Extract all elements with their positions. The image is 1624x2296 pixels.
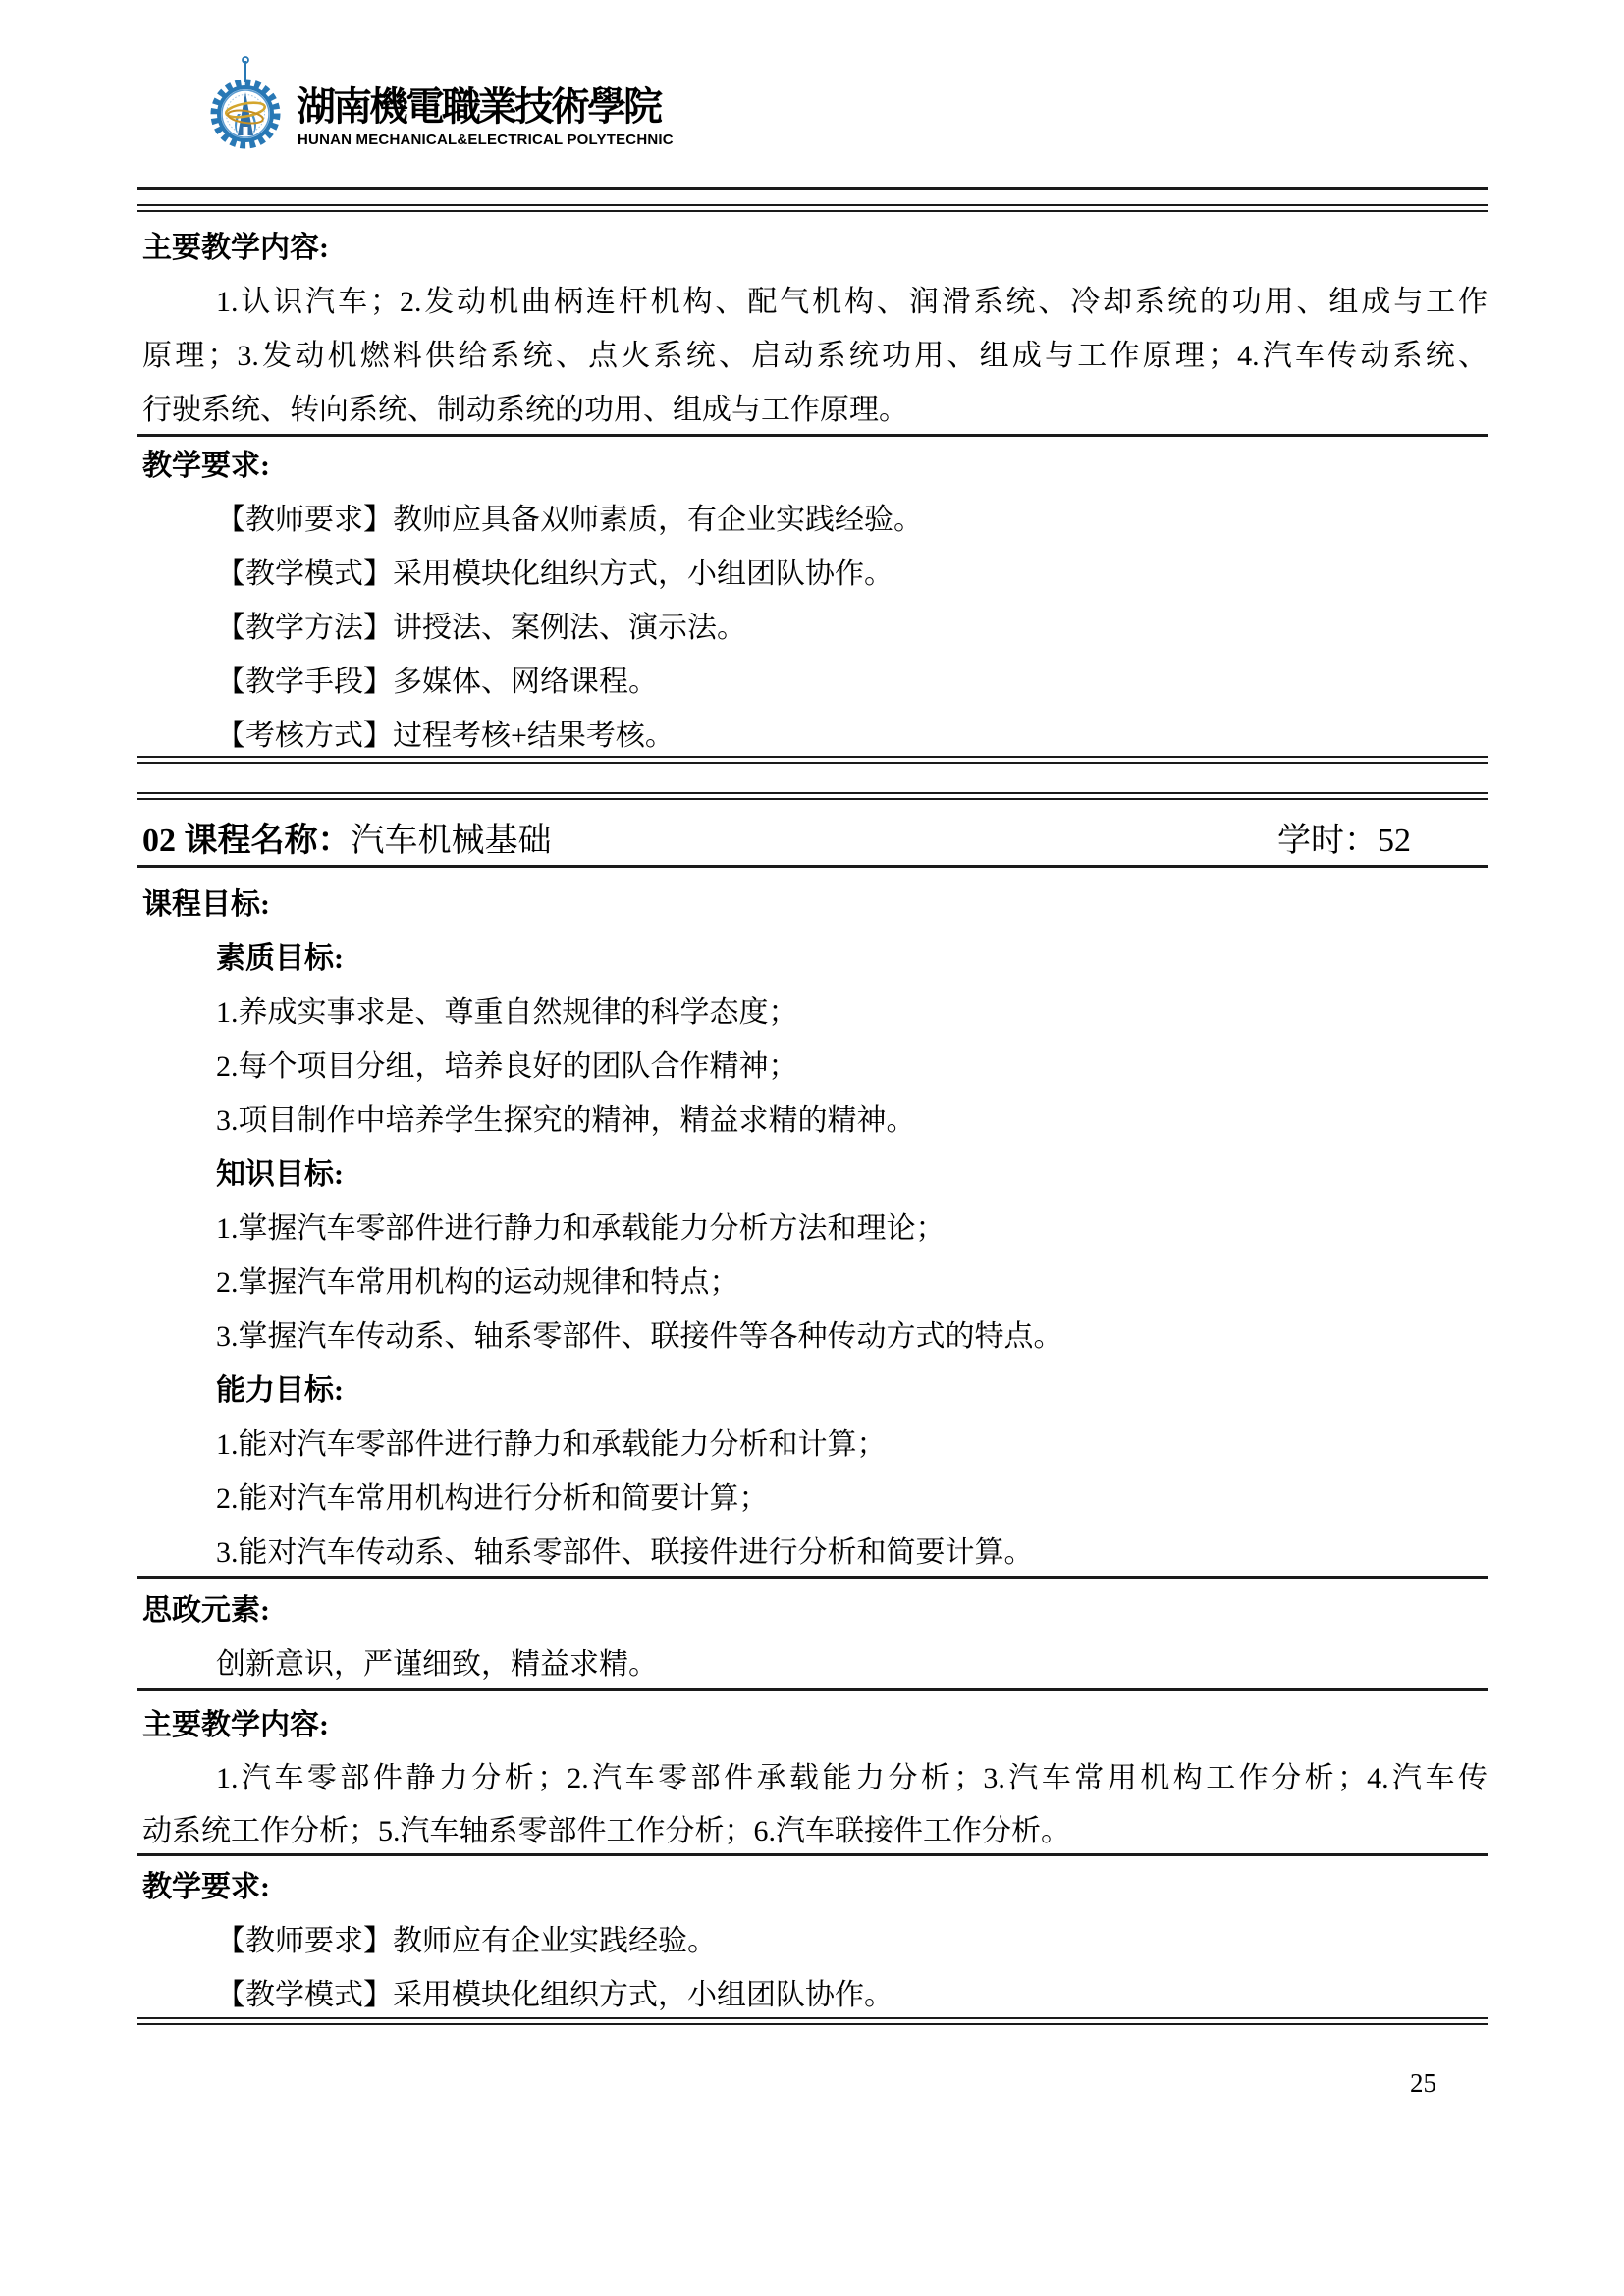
teaching-content-line: 行驶系统、转向系统、制动系统的功用、组成与工作原理。 <box>142 383 908 437</box>
school-name-english: HUNAN MECHANICAL&ELECTRICAL POLYTECHNIC <box>298 132 674 149</box>
hours-label: 学时： <box>1277 823 1378 859</box>
heading-quality-goals: 素质目标: <box>216 932 344 986</box>
course-title: 02 课程名称：汽车机械基础 <box>142 814 552 868</box>
school-name-chinese: 湖南機電職業技術學院 <box>297 84 660 130</box>
document-page: 湖南機電職業技術學院 HUNAN MECHANICAL&ELECTRICAL P… <box>0 0 1624 2296</box>
heading-ability-goals: 能力目标: <box>216 1363 344 1417</box>
course-name: 汽车机械基础 <box>352 823 552 859</box>
heading-knowledge-goals: 知识目标: <box>216 1148 344 1201</box>
section-divider <box>137 434 1488 437</box>
quality-goal-item: 1.养成实事求是、尊重自然规律的科学态度； <box>216 986 798 1040</box>
knowledge-goal-item: 2.掌握汽车常用机构的运动规律和特点； <box>216 1255 739 1309</box>
ability-goal-item: 2.能对汽车常用机构进行分析和简要计算； <box>216 1471 769 1525</box>
requirement-teacher: 【教师要求】教师应有企业实践经验。 <box>216 1914 717 1968</box>
section-divider <box>137 1576 1488 1579</box>
heading-teaching-requirements: 教学要求: <box>142 1860 270 1914</box>
heading-course-goals: 课程目标: <box>142 878 270 932</box>
quality-goal-item: 2.每个项目分组，培养良好的团队合作精神； <box>216 1040 798 1094</box>
course-hours: 学时：52 <box>1277 814 1411 868</box>
teaching-content-line: 原理；3.发动机燃料供给系统、点火系统、启动系统功用、组成与工作原理；4.汽车传… <box>142 329 1488 383</box>
school-logo-gear-icon <box>208 53 283 149</box>
requirement-assessment: 【考核方式】过程考核+结果考核。 <box>216 709 675 763</box>
heading-ideology-elements: 思政元素: <box>142 1583 270 1637</box>
quality-goal-item: 3.项目制作中培养学生探究的精神，精益求精的精神。 <box>216 1094 916 1148</box>
teaching-content-line: 1.汽车零部件静力分析；2.汽车零部件承载能力分析；3.汽车常用机构工作分析；4… <box>142 1751 1488 1805</box>
requirement-means: 【教学手段】多媒体、网络课程。 <box>216 655 658 709</box>
requirement-teacher: 【教师要求】教师应具备双师素质，有企业实践经验。 <box>216 493 923 547</box>
section-divider <box>137 1853 1488 1856</box>
ability-goal-item: 1.能对汽车零部件进行静力和承载能力分析和计算； <box>216 1417 887 1471</box>
knowledge-goal-item: 1.掌握汽车零部件进行静力和承载能力分析方法和理论； <box>216 1201 946 1255</box>
hours-value: 52 <box>1378 823 1411 859</box>
teaching-content-line: 1.认识汽车；2.发动机曲柄连杆机构、配气机构、润滑系统、冷却系统的功用、组成与… <box>142 275 1488 329</box>
header-double-rule <box>137 204 1488 212</box>
title-underline-rule <box>137 865 1488 868</box>
page-number: 25 <box>1410 2063 1436 2103</box>
heading-main-teaching-content: 主要教学内容: <box>142 1698 329 1752</box>
heading-main-teaching-content: 主要教学内容: <box>142 221 329 275</box>
course-number-label: 02 课程名称： <box>142 823 352 859</box>
ability-goal-item: 3.能对汽车传动系、轴系零部件、联接件进行分析和简要计算。 <box>216 1525 1034 1579</box>
ideology-text: 创新意识，严谨细致，精益求精。 <box>216 1637 658 1691</box>
header-rule <box>137 187 1488 190</box>
course-separator-double-rule <box>137 792 1488 800</box>
section-divider <box>137 1688 1488 1691</box>
footer-double-rule <box>137 2017 1488 2025</box>
heading-teaching-requirements: 教学要求: <box>142 439 270 493</box>
requirement-mode: 【教学模式】采用模块化组织方式，小组团队协作。 <box>216 547 893 601</box>
requirement-mode: 【教学模式】采用模块化组织方式，小组团队协作。 <box>216 1968 893 2022</box>
teaching-content-line: 动系统工作分析；5.汽车轴系零部件工作分析；6.汽车联接件工作分析。 <box>142 1804 1070 1858</box>
knowledge-goal-item: 3.掌握汽车传动系、轴系零部件、联接件等各种传动方式的特点。 <box>216 1309 1063 1363</box>
requirement-method: 【教学方法】讲授法、案例法、演示法。 <box>216 601 746 655</box>
course-separator-double-rule <box>137 756 1488 764</box>
